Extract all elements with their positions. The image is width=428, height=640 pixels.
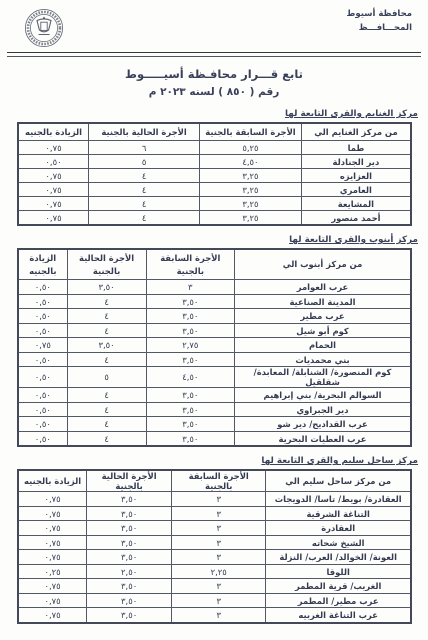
- fare-table-abnoub: من مركز أبنوب اليالأجرة السابقة بالجنيةا…: [17, 248, 412, 447]
- table-row: عرب مطير/ المطمر٣٣,٥٠٠,٧٥: [18, 593, 411, 608]
- inc-fare-cell: ٠,٧٥: [18, 521, 87, 536]
- inc-fare-cell: ٠,٥٠: [18, 388, 67, 403]
- inc-fare-cell: ٠,٥٠: [18, 323, 67, 338]
- column-header-to: من مركز أبنوب الي: [235, 249, 411, 280]
- destination-cell: المدينة الصناعية: [235, 294, 411, 309]
- inc-fare-cell: ٠,٧٥: [18, 183, 89, 197]
- table-row: كوم أبو شيل٣,٥٠٤٠,٥٠: [18, 323, 411, 338]
- prev-fare-cell: ٣,٥٠: [146, 309, 234, 324]
- prev-fare-cell: ٣,٥٠: [146, 323, 234, 338]
- table-row: العقادرة/ بويط/ تاسا/ الدويجات٣٣,٥٠٠,٧٥: [18, 492, 411, 507]
- document-page: محافظة أسيوط المحـــافـــظ تابع قـــرار …: [0, 0, 428, 640]
- section-ghanayem: مركز الغنايم والقرى التابعة لها من مركز …: [0, 109, 428, 226]
- destination-cell: بني محمديات: [235, 352, 411, 367]
- table-row: عرب مطير٣,٥٠٤٠,٥٠: [18, 309, 411, 324]
- governorate-name: محافظة أسيوط: [347, 7, 412, 21]
- curr-fare-cell: ٤: [67, 294, 146, 309]
- curr-fare-cell: ٦: [89, 141, 200, 155]
- curr-fare-cell: ٢,٥٠: [87, 564, 172, 579]
- curr-fare-cell: ٤: [89, 197, 200, 211]
- inc-fare-cell: ٠,٧٥: [18, 550, 87, 565]
- section-title: مركز الغنايم والقرى التابعة لها: [0, 109, 418, 119]
- destination-cell: دير الجنادلة: [301, 155, 411, 169]
- curr-fare-cell: ٤: [67, 352, 146, 367]
- column-header-to: من مركز ساحل سليم الي: [266, 470, 411, 492]
- column-header-prev: الأجرة السابقة بالجنية: [200, 123, 302, 141]
- decree-title-line1: تابع قـــرار محافـظة أسيـــــوط: [0, 66, 428, 84]
- curr-fare-cell: ٣,٥٠: [87, 579, 172, 594]
- inc-fare-cell: ٠,٢٥: [18, 564, 87, 579]
- section-sahel-selim: مركز ساحل سليم والقرى التابعة لها من مرك…: [0, 456, 428, 624]
- curr-fare-cell: ٣,٥٠: [67, 280, 146, 295]
- column-header-to: من مركز الغنايم الي: [301, 123, 411, 141]
- fare-table-sahel-selim: من مركز ساحل سليم اليالأجرة السابقة بالج…: [17, 469, 412, 624]
- destination-cell: عرب العطيات البحرية: [235, 431, 411, 446]
- prev-fare-cell: ٢,٢٥: [172, 564, 266, 579]
- column-header-prev: الأجرة السابقة بالجنية: [172, 470, 266, 492]
- destination-cell: العزايزه: [301, 169, 411, 183]
- curr-fare-cell: ٣,٥٠: [67, 338, 146, 353]
- destination-cell: الحمام: [235, 338, 411, 353]
- table-row: دير الجبراوي٣,٥٠٤٠,٥٠: [18, 402, 411, 417]
- destination-cell: عرب العوامر: [235, 280, 411, 295]
- curr-fare-cell: ٤: [67, 388, 146, 403]
- inc-fare-cell: ٠,٧٥: [18, 338, 67, 353]
- column-header-inc: الزيادة بالجنيه: [18, 470, 87, 492]
- inc-fare-cell: ٠,٧٥: [18, 506, 87, 521]
- table-row: المشايعة٣,٢٥٤٠,٧٥: [18, 197, 411, 211]
- curr-fare-cell: ٣,٥٠: [87, 593, 172, 608]
- inc-fare-cell: ٠,٥٠: [18, 294, 67, 309]
- curr-fare-cell: ٤: [67, 417, 146, 432]
- table-row: السوالم البحرية/ بني إبراهيم٣,٥٠٤٠,٥٠: [18, 388, 411, 403]
- table-row: المدينة الصناعية٣,٥٠٤٠,٥٠: [18, 294, 411, 309]
- destination-cell: أحمد منصور: [301, 211, 411, 226]
- curr-fare-cell: ٣,٥٠: [87, 492, 172, 507]
- section-title: مركز ساحل سليم والقرى التابعة لها: [0, 456, 418, 466]
- prev-fare-cell: ٣: [146, 280, 234, 295]
- column-header-prev: الأجرة السابقة بالجنية: [146, 249, 234, 280]
- destination-cell: عرب مطير: [235, 309, 411, 324]
- table-row: عرب القداديح/ دير شو٣,٥٠٤٠,٥٠: [18, 417, 411, 432]
- destination-cell: العامري: [301, 183, 411, 197]
- prev-fare-cell: ٣,٢٥: [200, 197, 302, 211]
- curr-fare-cell: ٤: [67, 402, 146, 417]
- curr-fare-cell: ٤: [89, 169, 200, 183]
- section-title: مركز أبنوب والقرى التابعة لها: [0, 235, 418, 245]
- prev-fare-cell: ٣: [172, 506, 266, 521]
- prev-fare-cell: ٣: [172, 579, 266, 594]
- inc-fare-cell: ٠,٥٠: [18, 280, 67, 295]
- prev-fare-cell: ٣,٥٠: [146, 417, 234, 432]
- prev-fare-cell: ٣: [172, 535, 266, 550]
- inc-fare-cell: ٠,٥٠: [18, 417, 67, 432]
- letterhead: محافظة أسيوط المحـــافـــظ: [0, 0, 428, 48]
- destination-cell: كوم أبو شيل: [235, 323, 411, 338]
- curr-fare-cell: ٣,٥٠: [87, 608, 172, 623]
- destination-cell: العقادرة/ بويط/ تاسا/ الدويجات: [266, 492, 411, 507]
- inc-fare-cell: ٠,٧٥: [18, 593, 87, 608]
- prev-fare-cell: ٣: [172, 521, 266, 536]
- governorate-seal-icon: [24, 8, 64, 48]
- prev-fare-cell: ٣: [172, 593, 266, 608]
- curr-fare-cell: ٣,٥٠: [87, 506, 172, 521]
- prev-fare-cell: ٣,٥٠: [146, 352, 234, 367]
- curr-fare-cell: ٣,٥٠: [87, 521, 172, 536]
- curr-fare-cell: ٣,٥٠: [87, 550, 172, 565]
- prev-fare-cell: ٣: [172, 492, 266, 507]
- inc-fare-cell: ٠,٥٠: [18, 367, 67, 388]
- prev-fare-cell: ٣,٢٥: [200, 183, 302, 197]
- decree-title-block: تابع قـــرار محافـظة أسيـــــوط رقم ( ٨٥…: [0, 66, 428, 100]
- table-row: العامري٣,٢٥٤٠,٧٥: [18, 183, 411, 197]
- curr-fare-cell: ٣,٥٠: [87, 535, 172, 550]
- decree-title-line2: رقم ( ٨٥٠ ) لسنه ٢٠٢٣ م: [0, 84, 428, 100]
- header-divider: [7, 52, 421, 57]
- table-row: الشيخ شحاته٣٣,٥٠٠,٧٥: [18, 535, 411, 550]
- destination-cell: العونة/ الخوالد/ العرب/ النزلة: [266, 550, 411, 565]
- prev-fare-cell: ٥,٢٥: [200, 141, 302, 155]
- table-row: التناغة الشرقية٣٣,٥٠٠,٧٥: [18, 506, 411, 521]
- table-row: اللوقا٢,٢٥٢,٥٠٠,٢٥: [18, 564, 411, 579]
- inc-fare-cell: ٠,٥٠: [18, 352, 67, 367]
- destination-cell: المشايعة: [301, 197, 411, 211]
- inc-fare-cell: ٠,٧٥: [18, 197, 89, 211]
- curr-fare-cell: ٤: [89, 183, 200, 197]
- prev-fare-cell: ٣,٥٠: [146, 294, 234, 309]
- fare-table-ghanayem: من مركز الغنايم اليالأجرة السابقة بالجني…: [17, 122, 412, 226]
- inc-fare-cell: ٠,٧٥: [18, 169, 89, 183]
- destination-cell: كوم المنصورة/ الشنابلة/ المعابدة/ شقلقيل: [235, 367, 411, 388]
- destination-cell: الشيخ شحاته: [266, 535, 411, 550]
- destination-cell: السوالم البحرية/ بني إبراهيم: [235, 388, 411, 403]
- inc-fare-cell: ٠,٧٥: [18, 579, 87, 594]
- column-header-inc: الزيادة بالجنيه: [18, 123, 89, 141]
- curr-fare-cell: ٤: [67, 323, 146, 338]
- prev-fare-cell: ٤,٥٠: [200, 155, 302, 169]
- destination-cell: عرب التناغة الغربيه: [266, 608, 411, 623]
- prev-fare-cell: ٣,٥٠: [146, 388, 234, 403]
- curr-fare-cell: ٤: [89, 211, 200, 226]
- header-row: من مركز أبنوب اليالأجرة السابقة بالجنيةا…: [18, 249, 411, 280]
- table-row: عرب التناغة الغربيه٣٣,٥٠٠,٧٥: [18, 608, 411, 623]
- prev-fare-cell: ٤,٥٠: [146, 367, 234, 388]
- destination-cell: طما: [301, 141, 411, 155]
- table-row: بني محمديات٣,٥٠٤٠,٥٠: [18, 352, 411, 367]
- prev-fare-cell: ٣,٢٥: [200, 211, 302, 226]
- section-abnoub: مركز أبنوب والقرى التابعة لها من مركز أب…: [0, 235, 428, 447]
- column-header-curr: الأجرة الحالية بالجنية: [89, 123, 200, 141]
- inc-fare-cell: ٠,٧٥: [18, 211, 89, 226]
- column-header-inc: الزيادة بالجنيه: [18, 249, 67, 280]
- governor-title: المحـــافـــظ: [347, 21, 412, 35]
- destination-cell: عرب مطير/ المطمر: [266, 593, 411, 608]
- inc-fare-cell: ٠,٥٠: [18, 402, 67, 417]
- curr-fare-cell: ٤: [67, 431, 146, 446]
- table-row: دير الجنادلة٤,٥٠٥٠,٥٠: [18, 155, 411, 169]
- table-row: عرب العوامر٣٣,٥٠٠,٥٠: [18, 280, 411, 295]
- destination-cell: اللوقا: [266, 564, 411, 579]
- destination-cell: الغريب/ قرية المطمر: [266, 579, 411, 594]
- column-header-curr: الأجرة الحالية بالجنية: [67, 249, 146, 280]
- inc-fare-cell: ٠,٥٠: [18, 155, 89, 169]
- inc-fare-cell: ٠,٥٠: [18, 309, 67, 324]
- table-row: طما٥,٢٥٦٠,٧٥: [18, 141, 411, 155]
- prev-fare-cell: ٣,٢٥: [200, 169, 302, 183]
- inc-fare-cell: ٠,٧٥: [18, 608, 87, 623]
- table-row: الحمام٢,٧٥٣,٥٠٠,٧٥: [18, 338, 411, 353]
- prev-fare-cell: ٣,٥٠: [146, 431, 234, 446]
- destination-cell: التناغة الشرقية: [266, 506, 411, 521]
- table-row: العزايزه٣,٢٥٤٠,٧٥: [18, 169, 411, 183]
- curr-fare-cell: ٤: [67, 309, 146, 324]
- inc-fare-cell: ٠,٧٥: [18, 492, 87, 507]
- prev-fare-cell: ٣: [172, 608, 266, 623]
- inc-fare-cell: ٠,٧٥: [18, 141, 89, 155]
- curr-fare-cell: ٥: [67, 367, 146, 388]
- prev-fare-cell: ٣,٥٠: [146, 402, 234, 417]
- table-row: الغريب/ قرية المطمر٣٣,٥٠٠,٧٥: [18, 579, 411, 594]
- curr-fare-cell: ٥: [89, 155, 200, 169]
- table-row: العونة/ الخوالد/ العرب/ النزلة٣٣,٥٠٠,٧٥: [18, 550, 411, 565]
- table-row: العقادرة٣٣,٥٠٠,٧٥: [18, 521, 411, 536]
- table-row: كوم المنصورة/ الشنابلة/ المعابدة/ شقلقيل…: [18, 367, 411, 388]
- prev-fare-cell: ٢,٧٥: [146, 338, 234, 353]
- column-header-curr: الأجرة الحالية بالجنية: [87, 470, 172, 492]
- prev-fare-cell: ٣: [172, 550, 266, 565]
- inc-fare-cell: ٠,٧٥: [18, 535, 87, 550]
- destination-cell: العقادرة: [266, 521, 411, 536]
- header-row: من مركز الغنايم اليالأجرة السابقة بالجني…: [18, 123, 411, 141]
- header-row: من مركز ساحل سليم اليالأجرة السابقة بالج…: [18, 470, 411, 492]
- letterhead-org: محافظة أسيوط المحـــافـــظ: [347, 7, 412, 36]
- inc-fare-cell: ٠,٥٠: [18, 431, 67, 446]
- destination-cell: عرب القداديح/ دير شو: [235, 417, 411, 432]
- table-row: أحمد منصور٣,٢٥٤٠,٧٥: [18, 211, 411, 226]
- table-row: عرب العطيات البحرية٣,٥٠٤٠,٥٠: [18, 431, 411, 446]
- destination-cell: دير الجبراوي: [235, 402, 411, 417]
